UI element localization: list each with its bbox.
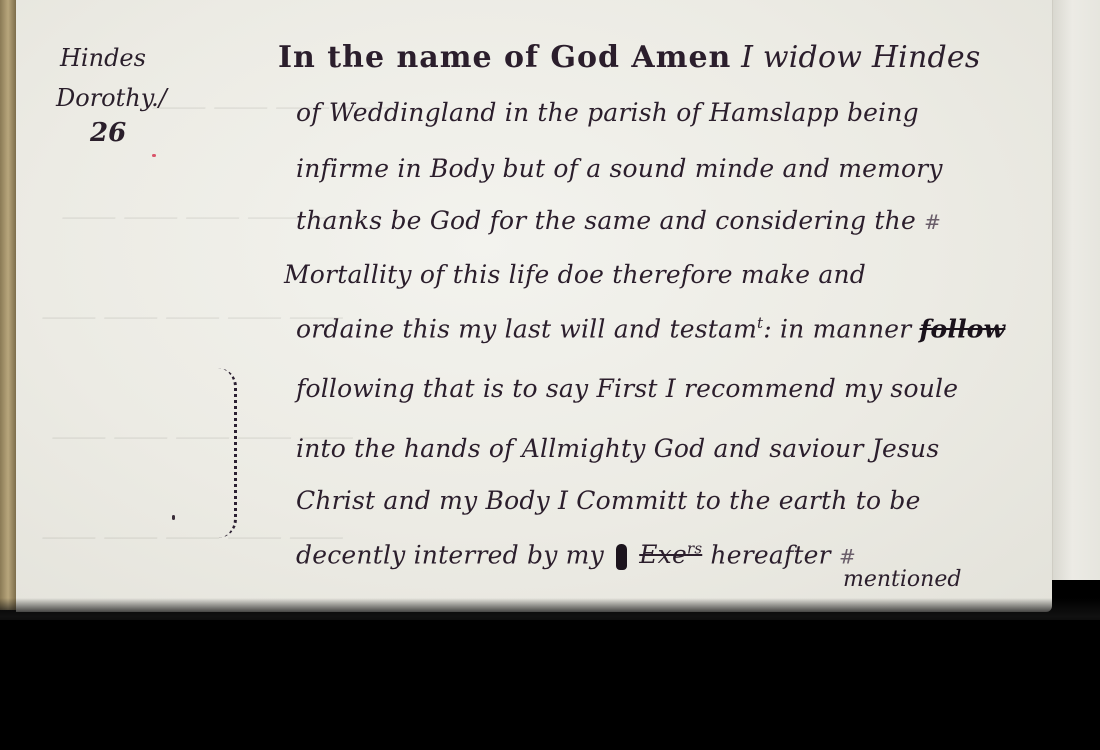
forename-suffix: ./ — [151, 84, 167, 112]
text-line-4: thanks be God for the same and consideri… — [296, 206, 941, 235]
struck-through-word: follow — [920, 314, 1006, 343]
text-line-8: into the hands of Allmighty God and savi… — [296, 434, 939, 463]
invocation-heading: In the name of God Amen — [278, 40, 731, 75]
insertion-mark: # — [839, 544, 856, 568]
insertion-mark: # — [924, 210, 941, 234]
red-ink-mark — [152, 154, 156, 157]
text-line-3: infirme in Body but of a sound minde and… — [296, 154, 943, 183]
line-text: : in manner — [763, 314, 911, 343]
line-text: decently interred by my — [296, 540, 604, 569]
struck-text: Exe — [639, 540, 687, 569]
line-text: thanks be God for the same and consideri… — [296, 206, 916, 235]
margin-bracket-mark — [218, 368, 237, 538]
text-line-5: Mortallity of this life doe therefore ma… — [284, 260, 866, 289]
text-line-2: of Weddingland in the parish of Hamslapp… — [296, 98, 919, 127]
line-text: ordaine this my last will and testam — [296, 314, 757, 343]
line-text: hereafter — [702, 540, 831, 569]
black-background-band — [0, 620, 1100, 750]
forename-text: Dorothy — [56, 84, 151, 112]
text-line-1: In the name of God Amen I widow Hindes — [278, 40, 980, 75]
interlinear-insertion: mentioned — [843, 567, 961, 592]
margin-entry-number: 26 — [90, 118, 236, 148]
margin-forename: Dorothy./ — [56, 84, 236, 112]
text-line-10: decently interred by my Exers hereafter … — [296, 540, 856, 570]
text-line-6: ordaine this my last will and testamt: i… — [296, 314, 1005, 343]
line-text: I widow Hindes — [731, 40, 980, 75]
ink-speck — [172, 515, 175, 520]
margin-surname: Hindes — [60, 44, 236, 72]
struck-through-word: Exers — [639, 540, 702, 569]
ink-blot — [616, 544, 627, 570]
text-line-9: Christ and my Body I Committ to the eart… — [296, 486, 921, 515]
facing-page-gutter — [1052, 0, 1100, 580]
margin-note: Hindes Dorothy./ 26 — [56, 44, 236, 148]
struck-superscript: rs — [687, 540, 702, 558]
text-line-7: following that is to say First I recomme… — [296, 374, 958, 403]
manuscript-photograph: ⸻ ⸻ ⸻ ⸻ ⸻ ⸻ ⸻ ⸻ ⸻ ⸻ ⸻ ⸻ ⸻ ⸻ ⸻ ⸻ ⸻ ⸻ ⸻ ⸻ … — [0, 0, 1100, 750]
